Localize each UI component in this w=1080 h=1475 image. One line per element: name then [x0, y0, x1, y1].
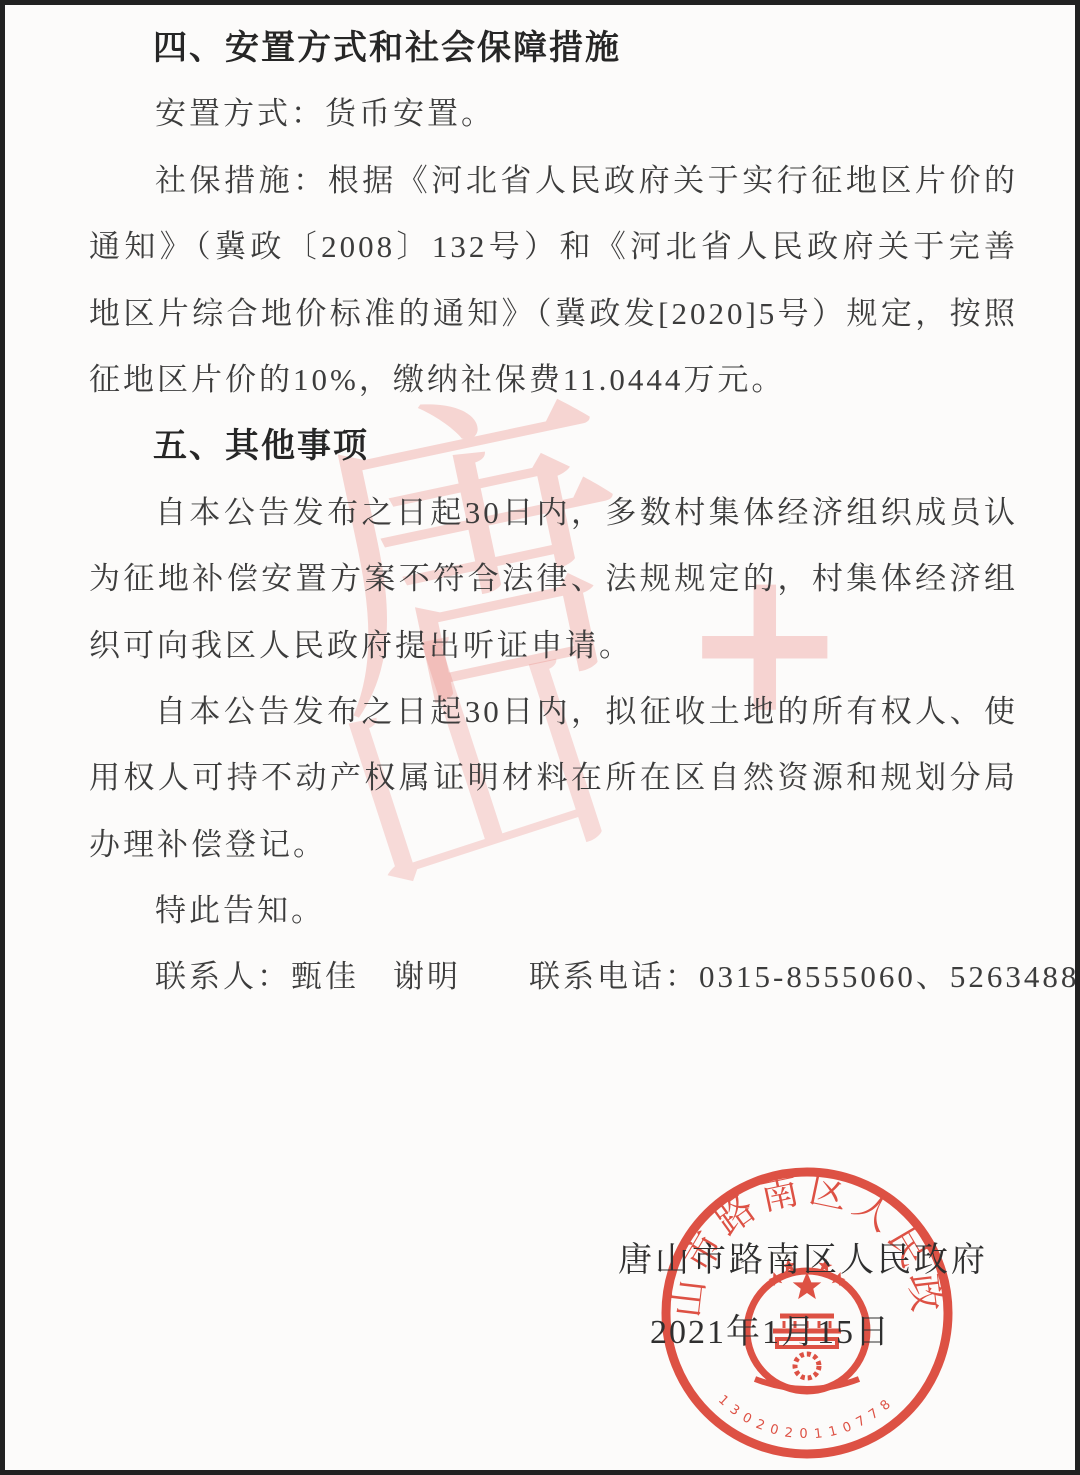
body-line: 织可向我区人民政府提出听证申请。: [89, 613, 1018, 679]
body-line: 地区片综合地价标准的通知》（冀政发[2020]5号）规定，按照: [89, 281, 1018, 347]
body-line: 为征地补偿安置方案不符合法律、法规规定的，村集体经济组: [89, 546, 1018, 612]
body-line: 社保措施：根据《河北省人民政府关于实行征地区片价的: [89, 148, 1018, 214]
issue-date: 2021年1月15日: [650, 1304, 891, 1353]
body-line: 自本公告发布之日起30日内，多数村集体经济组织成员认: [89, 480, 1018, 546]
body-line: 征地区片价的10%，缴纳社保费11.0444万元。: [89, 347, 1018, 413]
section-5-heading: 五、其他事项: [89, 413, 1018, 479]
body-line: 办理补偿登记。: [89, 812, 1018, 878]
document-page: 唐 山 + 四、安置方式和社会保障措施 安置方式：货币安置。 社保措施：根据《河…: [0, 0, 1080, 1475]
issuer-name: 唐山市路南区人民政府: [618, 1232, 988, 1281]
body-line: 安置方式：货币安置。: [89, 81, 1018, 147]
contact-line: 联系人：甄佳 谢明 联系电话：0315-8555060、5263488: [89, 944, 1018, 1010]
section-4-heading: 四、安置方式和社会保障措施: [89, 15, 1018, 81]
document-body: 四、安置方式和社会保障措施 安置方式：货币安置。 社保措施：根据《河北省人民政府…: [89, 15, 1018, 1011]
body-line: 自本公告发布之日起30日内，拟征收土地的所有权人、使: [89, 679, 1018, 745]
body-line: 通知》（冀政〔2008〕132号）和《河北省人民政府关于完善征: [89, 214, 1018, 280]
body-line: 特此告知。: [89, 878, 1018, 944]
body-line: 用权人可持不动产权属证明材料在所在区自然资源和规划分局: [89, 745, 1018, 811]
